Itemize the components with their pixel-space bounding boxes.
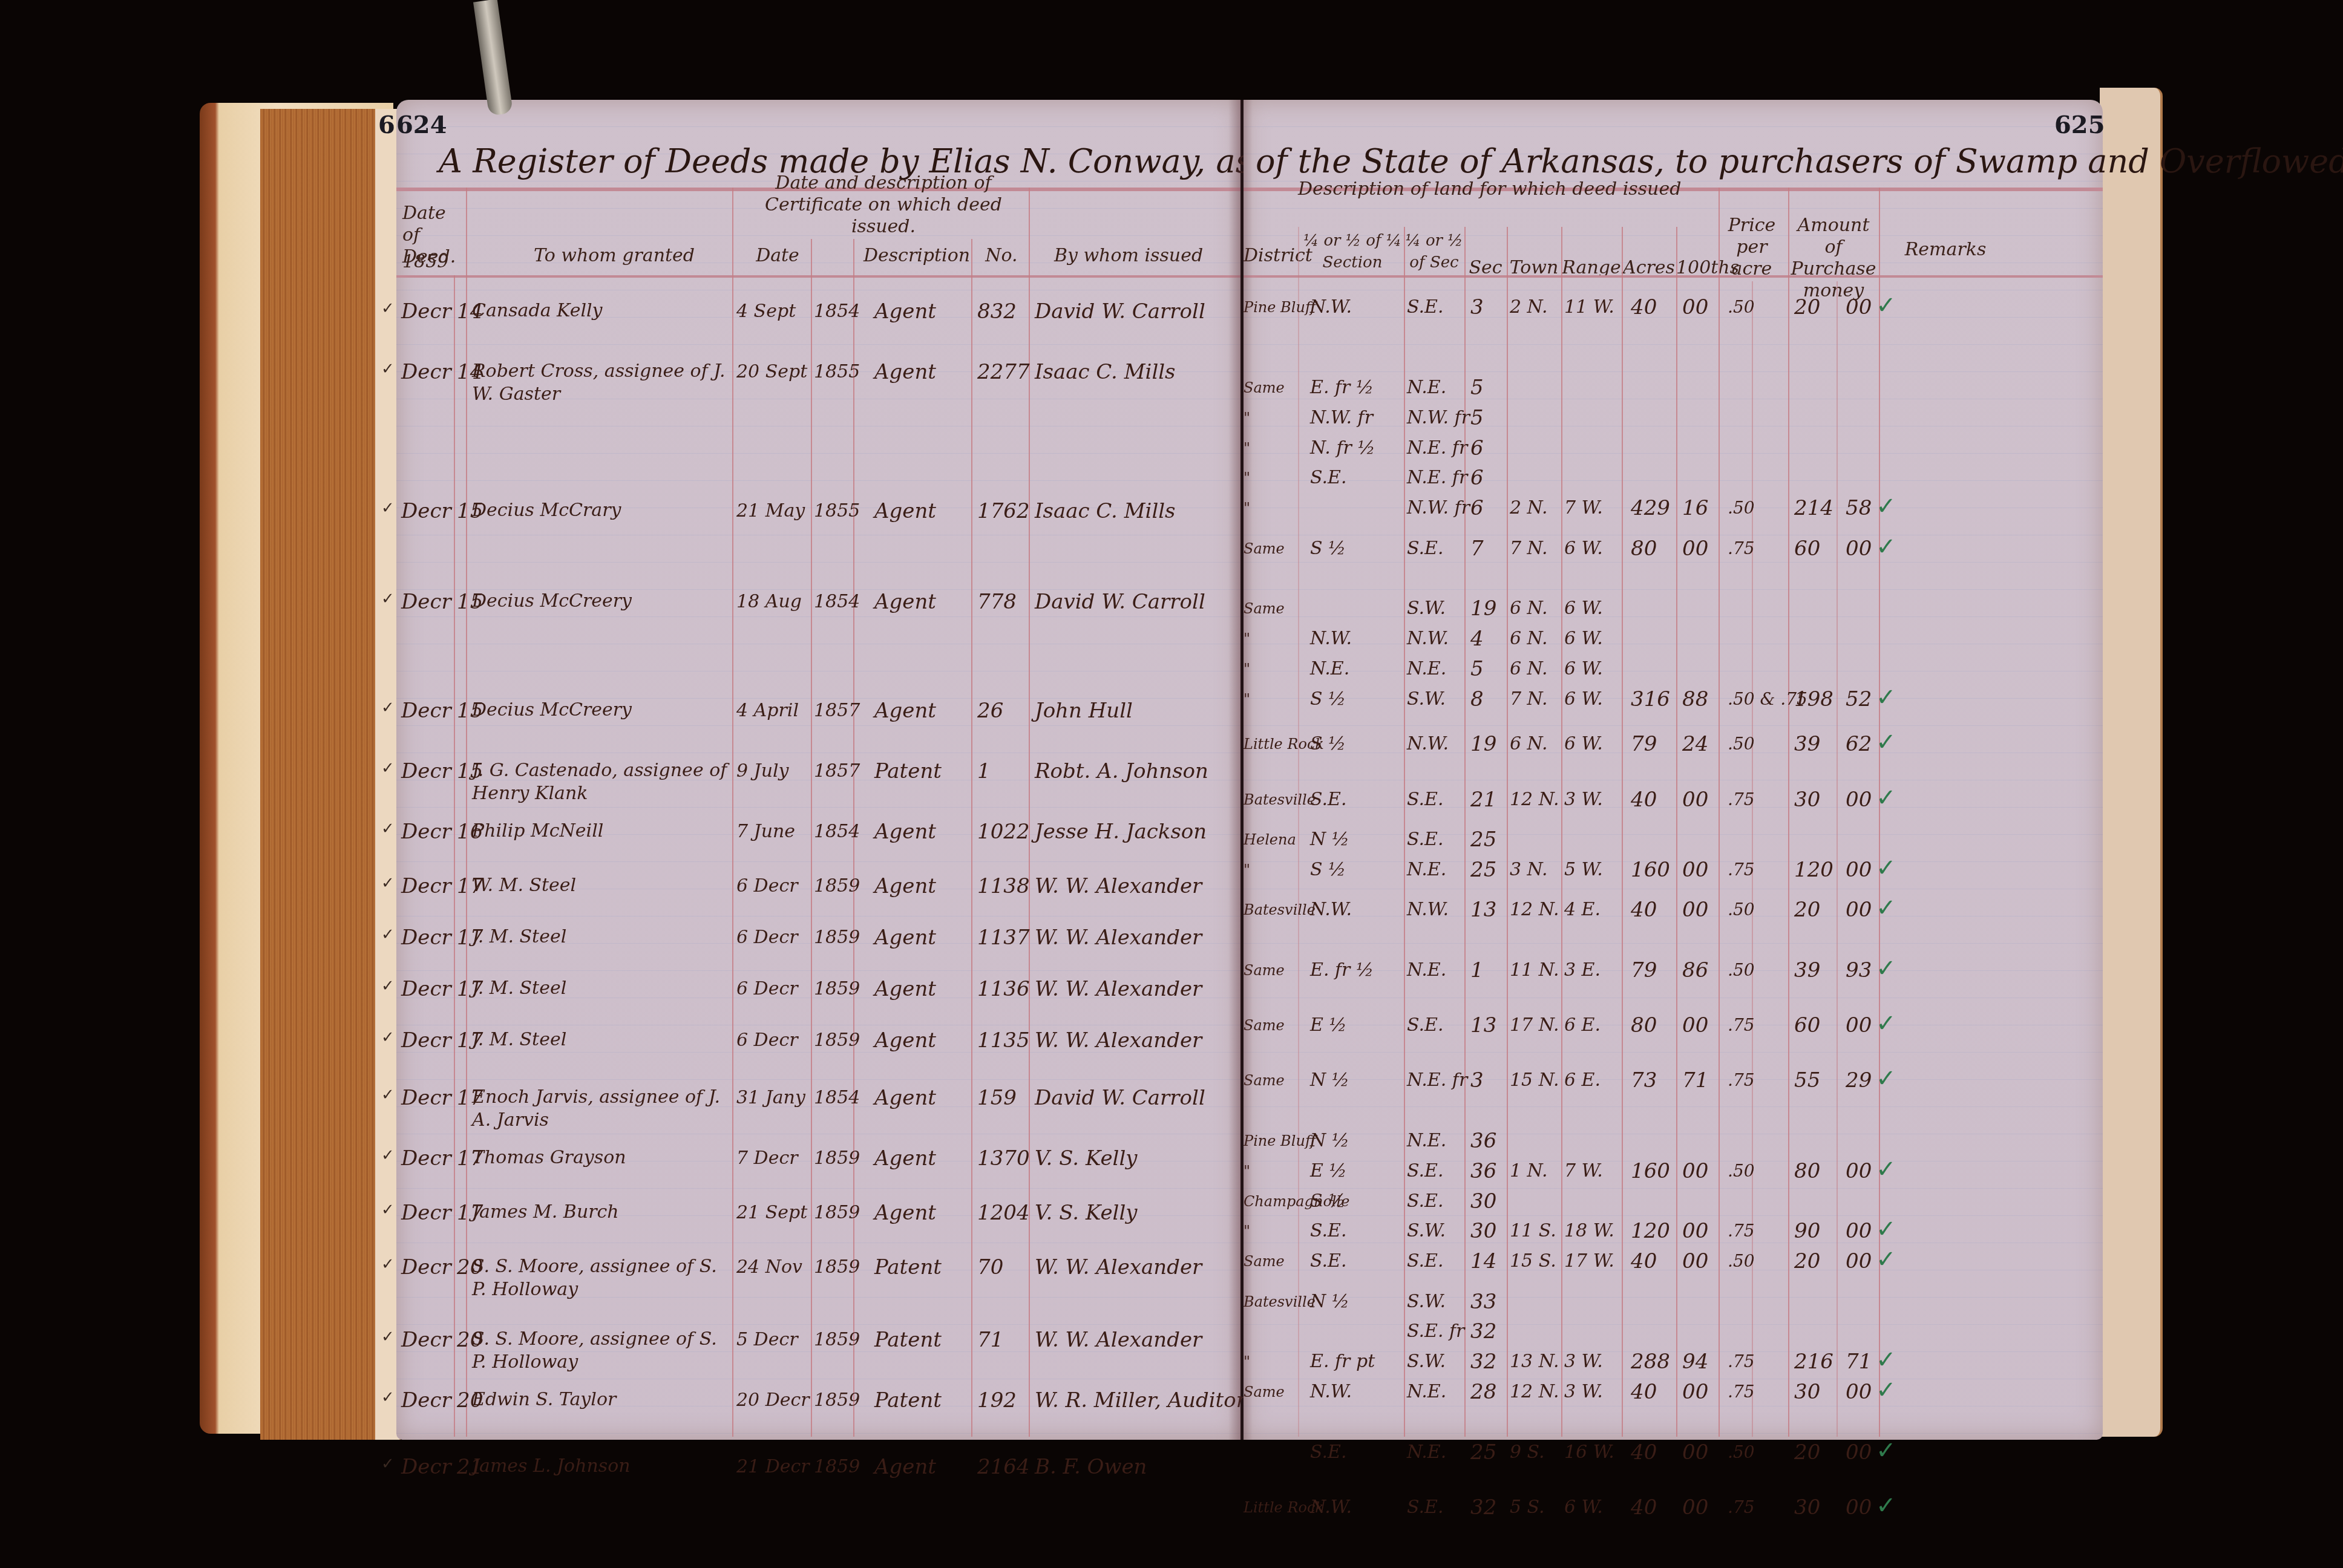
range: 3 W. xyxy=(1564,1350,1603,1374)
amount-cents: 62 xyxy=(1846,732,1872,756)
price-per-acre: .75 xyxy=(1728,1013,1755,1037)
certificate-description: Patent xyxy=(874,759,942,783)
certificate-date: 21 Sept xyxy=(736,1201,807,1225)
issued-by: John Hull xyxy=(1035,699,1133,723)
deed-month: Decr xyxy=(401,1255,451,1279)
price-per-acre: .75 xyxy=(1728,1495,1755,1520)
green-checkmark-icon: ✓ xyxy=(1876,854,1896,882)
grantee-name: J. G. Castenado, assignee of Henry Klank xyxy=(472,759,732,805)
certificate-year: 1857 xyxy=(814,759,860,783)
col-header-quarter-of-sec: ¼ or ½ of Sec xyxy=(1404,230,1464,273)
certificate-description: Patent xyxy=(874,1328,942,1352)
certificate-year: 1854 xyxy=(814,299,860,324)
amount-dollars: 198 xyxy=(1794,687,1833,711)
acres: 80 xyxy=(1631,537,1657,561)
certificate-date: 6 Decr xyxy=(736,874,798,898)
section-part: S.E. xyxy=(1310,788,1346,812)
grantee-name: S. S. Moore, assignee of S. P. Holloway xyxy=(472,1328,732,1374)
rule-line xyxy=(1507,227,1508,1437)
quarter-section: S.W. xyxy=(1407,1350,1446,1374)
quarter-section: N.W. xyxy=(1407,898,1449,922)
certificate-date: 6 Decr xyxy=(736,1028,798,1053)
quarter-section: S.W. xyxy=(1407,596,1446,621)
certificate-description: Patent xyxy=(874,1255,942,1279)
range: 6 W. xyxy=(1564,687,1603,711)
certificate-number: 159 xyxy=(977,1086,1017,1110)
grantee-name: James L. Johnson xyxy=(472,1455,732,1478)
register-title-right: of the State of Arkansas, to purchasers … xyxy=(1256,142,2343,180)
col-header-cert-date: Date xyxy=(732,245,823,267)
section-number: 8 xyxy=(1470,687,1484,711)
green-checkmark-icon: ✓ xyxy=(1876,1010,1896,1037)
range: 6 E. xyxy=(1564,1068,1601,1093)
section-number: 32 xyxy=(1470,1495,1496,1520)
grantee-name: W. M. Steel xyxy=(472,874,732,897)
quarter-section: N.E. fr xyxy=(1407,1068,1467,1093)
acres-hundredths: 16 xyxy=(1682,496,1708,520)
acres-hundredths: 88 xyxy=(1682,687,1708,711)
quarter-section: S.W. xyxy=(1407,1290,1446,1314)
margin-checkmark-icon: ✓ xyxy=(381,1028,395,1047)
deed-month: Decr xyxy=(401,1146,451,1171)
issued-by: W. W. Alexander xyxy=(1035,1028,1202,1053)
issued-by: Jesse H. Jackson xyxy=(1035,820,1207,844)
certificate-year: 1859 xyxy=(814,1455,860,1479)
section-part: S ½ xyxy=(1310,537,1346,561)
col-header-year: 1859 xyxy=(402,251,451,273)
book-gutter xyxy=(1228,100,1253,1440)
grantee-name: Philip McNeill xyxy=(472,820,732,843)
section-number: 3 xyxy=(1470,1068,1484,1093)
quarter-section: S.E. xyxy=(1407,295,1443,319)
range: 6 W. xyxy=(1564,657,1603,681)
col-header-land-group: Description of land for which deed issue… xyxy=(1298,178,1758,200)
price-per-acre: .75 xyxy=(1728,1219,1755,1243)
margin-checkmark-icon: ✓ xyxy=(381,1201,395,1219)
range: 11 W. xyxy=(1564,295,1614,319)
township: 6 N. xyxy=(1510,732,1548,756)
issued-by: David W. Carroll xyxy=(1035,1086,1205,1110)
certificate-year: 1859 xyxy=(814,1388,860,1413)
grantee-name: J. M. Steel xyxy=(472,926,732,949)
certificate-year: 1854 xyxy=(814,590,860,614)
quarter-section: S.W. xyxy=(1407,687,1446,711)
certificate-year: 1854 xyxy=(814,820,860,844)
issued-by: W. W. Alexander xyxy=(1035,926,1202,950)
issued-by: Robt. A. Johnson xyxy=(1035,759,1208,783)
margin-checkmark-icon: ✓ xyxy=(381,1328,395,1346)
section-number: 1 xyxy=(1470,958,1484,982)
range: 6 W. xyxy=(1564,627,1603,651)
price-per-acre: .75 xyxy=(1728,1350,1755,1374)
section-number: 14 xyxy=(1470,1249,1496,1273)
green-checkmark-icon: ✓ xyxy=(1876,1215,1896,1243)
price-per-acre: .50 xyxy=(1728,496,1755,520)
amount-cents: 00 xyxy=(1846,1013,1872,1037)
deed-month: Decr xyxy=(401,590,451,614)
section-number: 19 xyxy=(1470,596,1496,621)
green-checkmark-icon: ✓ xyxy=(1876,1376,1896,1404)
quarter-section: N.E. xyxy=(1407,1380,1446,1404)
certificate-year: 1859 xyxy=(814,1146,860,1171)
price-per-acre: .75 xyxy=(1728,1068,1755,1093)
col-header-amount: Amount of Purchase money xyxy=(1788,215,1879,302)
deed-month: Decr xyxy=(401,1028,451,1053)
certificate-description: Agent xyxy=(874,926,936,950)
section-part: S ½ xyxy=(1310,687,1346,711)
col-header-remarks: Remarks xyxy=(1885,239,2006,261)
acres-hundredths: 94 xyxy=(1682,1350,1708,1374)
price-per-acre: .50 xyxy=(1728,898,1755,922)
rule-line xyxy=(1676,227,1677,1437)
deed-month: Decr xyxy=(401,499,451,523)
acres-hundredths: 71 xyxy=(1682,1068,1708,1093)
quarter-section: N.W. fr xyxy=(1407,496,1470,520)
certificate-date: 4 April xyxy=(736,699,799,723)
amount-cents: 00 xyxy=(1846,1380,1872,1404)
grantee-name: Enoch Jarvis, assignee of J. A. Jarvis xyxy=(472,1086,732,1132)
section-number: 7 xyxy=(1470,537,1484,561)
col-header-quarter-section: ¼ or ½ of ¼ Section xyxy=(1301,230,1404,273)
amount-dollars: 60 xyxy=(1794,1013,1820,1037)
acres: 79 xyxy=(1631,732,1657,756)
price-per-acre: .50 xyxy=(1728,1159,1755,1183)
acres-hundredths: 00 xyxy=(1682,1440,1708,1465)
certificate-description: Agent xyxy=(874,1455,936,1479)
certificate-description: Agent xyxy=(874,977,936,1001)
amount-dollars: 214 xyxy=(1794,496,1833,520)
green-checkmark-icon: ✓ xyxy=(1876,684,1896,711)
ledger-page-left: 6 624 A Register of Deeds made by Elias … xyxy=(396,100,1240,1440)
amount-dollars: 20 xyxy=(1794,1440,1820,1465)
deed-month: Decr xyxy=(401,1388,451,1413)
grantee-name: Decius McCreery xyxy=(472,590,732,613)
amount-dollars: 20 xyxy=(1794,1249,1820,1273)
section-number: 13 xyxy=(1470,898,1496,922)
certificate-date: 6 Decr xyxy=(736,977,798,1001)
green-checkmark-icon: ✓ xyxy=(1876,1492,1896,1520)
price-per-acre: .50 xyxy=(1728,1440,1755,1465)
margin-checkmark-icon: ✓ xyxy=(381,590,395,608)
certificate-number: 2277 xyxy=(977,360,1030,384)
amount-dollars: 60 xyxy=(1794,537,1820,561)
margin-checkmark-icon: ✓ xyxy=(381,1455,395,1473)
section-number: 36 xyxy=(1470,1159,1496,1183)
amount-dollars: 120 xyxy=(1794,858,1833,882)
township: 9 S. xyxy=(1510,1440,1545,1465)
amount-cents: 00 xyxy=(1846,898,1872,922)
section-part: N.W. xyxy=(1310,1495,1352,1520)
certificate-date: 21 Decr xyxy=(736,1455,810,1479)
section-number: 6 xyxy=(1470,466,1484,490)
certificate-year: 1859 xyxy=(814,1028,860,1053)
range: 6 W. xyxy=(1564,1495,1603,1520)
tab-number: 6 xyxy=(378,111,395,139)
certificate-date: 7 Decr xyxy=(736,1146,798,1171)
deed-month: Decr xyxy=(401,926,451,950)
rule-line xyxy=(732,188,733,1437)
township: 11 S. xyxy=(1510,1219,1556,1243)
certificate-date: 6 Decr xyxy=(736,926,798,950)
acres-hundredths: 00 xyxy=(1682,788,1708,812)
township: 5 S. xyxy=(1510,1495,1545,1520)
acres: 40 xyxy=(1631,295,1657,319)
issued-by: W. W. Alexander xyxy=(1035,874,1202,898)
rule-line xyxy=(1837,281,1838,1437)
grantee-name: J. M. Steel xyxy=(472,1028,732,1051)
green-checkmark-icon: ✓ xyxy=(1876,1155,1896,1183)
margin-checkmark-icon: ✓ xyxy=(381,926,395,944)
section-part: E. fr ½ xyxy=(1310,958,1374,982)
section-number: 30 xyxy=(1470,1219,1496,1243)
margin-checkmark-icon: ✓ xyxy=(381,1388,395,1406)
section-number: 3 xyxy=(1470,295,1484,319)
amount-dollars: 30 xyxy=(1794,788,1820,812)
grantee-name: Decius McCrary xyxy=(472,499,732,522)
range: 4 E. xyxy=(1564,898,1601,922)
section-number: 33 xyxy=(1470,1290,1496,1314)
section-part: N.W. fr xyxy=(1310,406,1373,430)
price-per-acre: .75 xyxy=(1728,537,1755,561)
section-part: E. fr ½ xyxy=(1310,376,1374,400)
range: 6 E. xyxy=(1564,1013,1601,1037)
acres-hundredths: 00 xyxy=(1682,858,1708,882)
range: 5 W. xyxy=(1564,858,1603,882)
certificate-date: 9 July xyxy=(736,759,789,783)
certificate-year: 1859 xyxy=(814,1255,860,1279)
green-checkmark-icon: ✓ xyxy=(1876,894,1896,922)
grantee-name: Decius McCreery xyxy=(472,699,732,722)
certificate-description: Agent xyxy=(874,360,936,384)
section-part: S.E. xyxy=(1310,1249,1346,1273)
acres: 160 xyxy=(1631,858,1670,882)
green-checkmark-icon: ✓ xyxy=(1876,955,1896,982)
township: 6 N. xyxy=(1510,596,1548,621)
acres: 316 xyxy=(1631,687,1670,711)
certificate-number: 832 xyxy=(977,299,1017,324)
rule-line xyxy=(1561,227,1562,1437)
col-header-price-per-acre: Price per acre xyxy=(1719,215,1785,280)
section-number: 25 xyxy=(1470,828,1496,852)
grantee-name: James M. Burch xyxy=(472,1201,732,1224)
certificate-year: 1855 xyxy=(814,360,860,384)
district: Pine Bluff xyxy=(1244,295,1316,319)
section-part: N.E. xyxy=(1310,657,1349,681)
section-number: 5 xyxy=(1470,657,1484,681)
margin-checkmark-icon: ✓ xyxy=(381,499,395,517)
rule-line xyxy=(1622,227,1623,1437)
certificate-date: 7 June xyxy=(736,820,795,844)
deed-month: Decr xyxy=(401,299,451,324)
certificate-description: Agent xyxy=(874,590,936,614)
header-rule-bottom xyxy=(1244,275,2103,278)
amount-cents: 29 xyxy=(1846,1068,1872,1093)
section-part: N ½ xyxy=(1310,828,1349,852)
section-part: N. fr ½ xyxy=(1310,436,1375,460)
amount-dollars: 80 xyxy=(1794,1159,1820,1183)
section-number: 32 xyxy=(1470,1319,1496,1344)
grantee-name: Robert Cross, assignee of J. W. Gaster xyxy=(472,360,732,406)
amount-cents: 00 xyxy=(1846,1440,1872,1465)
acres-hundredths: 00 xyxy=(1682,898,1708,922)
certificate-number: 778 xyxy=(977,590,1017,614)
deed-month: Decr xyxy=(401,1086,451,1110)
certificate-number: 70 xyxy=(977,1255,1003,1279)
col-header-cert-description: Description xyxy=(862,245,971,267)
quarter-section: S.E. xyxy=(1407,828,1443,852)
amount-cents: 00 xyxy=(1846,1159,1872,1183)
acres: 40 xyxy=(1631,1440,1657,1465)
range: 6 W. xyxy=(1564,537,1603,561)
range: 17 W. xyxy=(1564,1249,1614,1273)
green-checkmark-icon: ✓ xyxy=(1876,1437,1896,1465)
range: 6 W. xyxy=(1564,732,1603,756)
green-checkmark-icon: ✓ xyxy=(1876,728,1896,756)
section-part: S ½ xyxy=(1310,1189,1346,1214)
amount-dollars: 39 xyxy=(1794,732,1820,756)
certificate-year: 1854 xyxy=(814,1086,860,1110)
rule-line xyxy=(1298,227,1299,1437)
amount-dollars: 55 xyxy=(1794,1068,1820,1093)
deed-month: Decr xyxy=(401,1328,451,1352)
certificate-description: Agent xyxy=(874,1086,936,1110)
acres-hundredths: 00 xyxy=(1682,1495,1708,1520)
certificate-year: 1855 xyxy=(814,499,860,523)
acres: 429 xyxy=(1631,496,1670,520)
ledger-page-right: 625 of the State of Arkansas, to purchas… xyxy=(1244,100,2103,1440)
quarter-section: S.E. xyxy=(1407,788,1443,812)
section-number: 28 xyxy=(1470,1380,1496,1404)
acres: 40 xyxy=(1631,1380,1657,1404)
section-part: N.W. xyxy=(1310,898,1352,922)
certificate-number: 1370 xyxy=(977,1146,1030,1171)
deed-month: Decr xyxy=(401,699,451,723)
certificate-number: 1138 xyxy=(977,874,1030,898)
certificate-year: 1857 xyxy=(814,699,860,723)
quarter-section: N.E. xyxy=(1407,657,1446,681)
amount-dollars: 30 xyxy=(1794,1380,1820,1404)
margin-checkmark-icon: ✓ xyxy=(381,360,395,378)
section-part: S ½ xyxy=(1310,732,1346,756)
amount-dollars: 20 xyxy=(1794,295,1820,319)
acres-hundredths: 00 xyxy=(1682,1380,1708,1404)
issued-by: Isaac C. Mills xyxy=(1035,499,1176,523)
range: 7 W. xyxy=(1564,496,1603,520)
amount-dollars: 90 xyxy=(1794,1219,1820,1243)
green-checkmark-icon: ✓ xyxy=(1876,784,1896,812)
margin-checkmark-icon: ✓ xyxy=(381,820,395,838)
section-number: 21 xyxy=(1470,788,1496,812)
section-number: 25 xyxy=(1470,1440,1496,1465)
deed-month: Decr xyxy=(401,977,451,1001)
township: 6 N. xyxy=(1510,657,1548,681)
acres: 79 xyxy=(1631,958,1657,982)
range: 18 W. xyxy=(1564,1219,1614,1243)
acres-hundredths: 86 xyxy=(1682,958,1708,982)
metal-page-clip xyxy=(473,0,513,116)
section-number: 5 xyxy=(1470,406,1484,430)
margin-checkmark-icon: ✓ xyxy=(381,759,395,777)
issued-by: V. S. Kelly xyxy=(1035,1201,1138,1225)
amount-cents: 00 xyxy=(1846,1219,1872,1243)
certificate-number: 1137 xyxy=(977,926,1030,950)
certificate-year: 1859 xyxy=(814,1201,860,1225)
certificate-description: Agent xyxy=(874,1028,936,1053)
quarter-section: N.W. xyxy=(1407,627,1449,651)
margin-checkmark-icon: ✓ xyxy=(381,874,395,892)
section-part: S.E. xyxy=(1310,1440,1346,1465)
township: 7 N. xyxy=(1510,537,1548,561)
township: 11 N. xyxy=(1510,958,1559,982)
grantee-name: S. S. Moore, assignee of S. P. Holloway xyxy=(472,1255,732,1301)
township: 6 N. xyxy=(1510,627,1548,651)
rule-line xyxy=(811,239,812,1437)
green-checkmark-icon: ✓ xyxy=(1876,1065,1896,1093)
col-header-to-whom-granted: To whom granted xyxy=(487,245,741,267)
section-part: S ½ xyxy=(1310,858,1346,882)
certificate-description: Agent xyxy=(874,699,936,723)
amount-cents: 00 xyxy=(1846,788,1872,812)
certificate-date: 5 Decr xyxy=(736,1328,798,1352)
next-page-edge xyxy=(2100,88,2163,1437)
certificate-year: 1859 xyxy=(814,1328,860,1352)
issued-by: David W. Carroll xyxy=(1035,299,1205,324)
certificate-year: 1859 xyxy=(814,874,860,898)
grantee-name: Edwin S. Taylor xyxy=(472,1388,732,1411)
section-number: 36 xyxy=(1470,1129,1496,1153)
section-part: E ½ xyxy=(1310,1159,1347,1183)
certificate-date: 18 Aug xyxy=(736,590,802,614)
township: 12 N. xyxy=(1510,1380,1559,1404)
certificate-date: 20 Sept xyxy=(736,360,807,384)
section-number: 13 xyxy=(1470,1013,1496,1037)
acres-hundredths: 00 xyxy=(1682,1249,1708,1273)
green-checkmark-icon: ✓ xyxy=(1876,1246,1896,1273)
township: 15 S. xyxy=(1510,1249,1556,1273)
grantee-name: J. M. Steel xyxy=(472,977,732,1000)
green-checkmark-icon: ✓ xyxy=(1876,492,1896,520)
acres-hundredths: 00 xyxy=(1682,1219,1708,1243)
certificate-number: 71 xyxy=(977,1328,1003,1352)
section-part: N.W. xyxy=(1310,295,1352,319)
acres: 73 xyxy=(1631,1068,1657,1093)
certificate-number: 26 xyxy=(977,699,1003,723)
certificate-description: Agent xyxy=(874,820,936,844)
certificate-year: 1859 xyxy=(814,977,860,1001)
certificate-number: 1022 xyxy=(977,820,1030,844)
section-part: S.E. xyxy=(1310,1219,1346,1243)
deed-month: Decr xyxy=(401,874,451,898)
quarter-section: N.E. fr xyxy=(1407,436,1467,460)
price-per-acre: .75 xyxy=(1728,1380,1755,1404)
acres: 80 xyxy=(1631,1013,1657,1037)
amount-cents: 00 xyxy=(1846,858,1872,882)
green-checkmark-icon: ✓ xyxy=(1876,1346,1896,1374)
certificate-description: Agent xyxy=(874,299,936,324)
quarter-section: N.E. xyxy=(1407,1129,1446,1153)
township: 3 N. xyxy=(1510,858,1548,882)
certificate-date: 21 May xyxy=(736,499,805,523)
certificate-number: 192 xyxy=(977,1388,1017,1413)
price-per-acre: .75 xyxy=(1728,788,1755,812)
township: 7 N. xyxy=(1510,687,1548,711)
issued-by: W. W. Alexander xyxy=(1035,977,1202,1001)
certificate-date: 31 Jany xyxy=(736,1086,805,1110)
price-per-acre: .50 xyxy=(1728,1249,1755,1273)
grantee-name: Cansada Kelly xyxy=(472,299,732,322)
issued-by: W. R. Miller, Auditor xyxy=(1035,1388,1246,1413)
township: 15 N. xyxy=(1510,1068,1559,1093)
